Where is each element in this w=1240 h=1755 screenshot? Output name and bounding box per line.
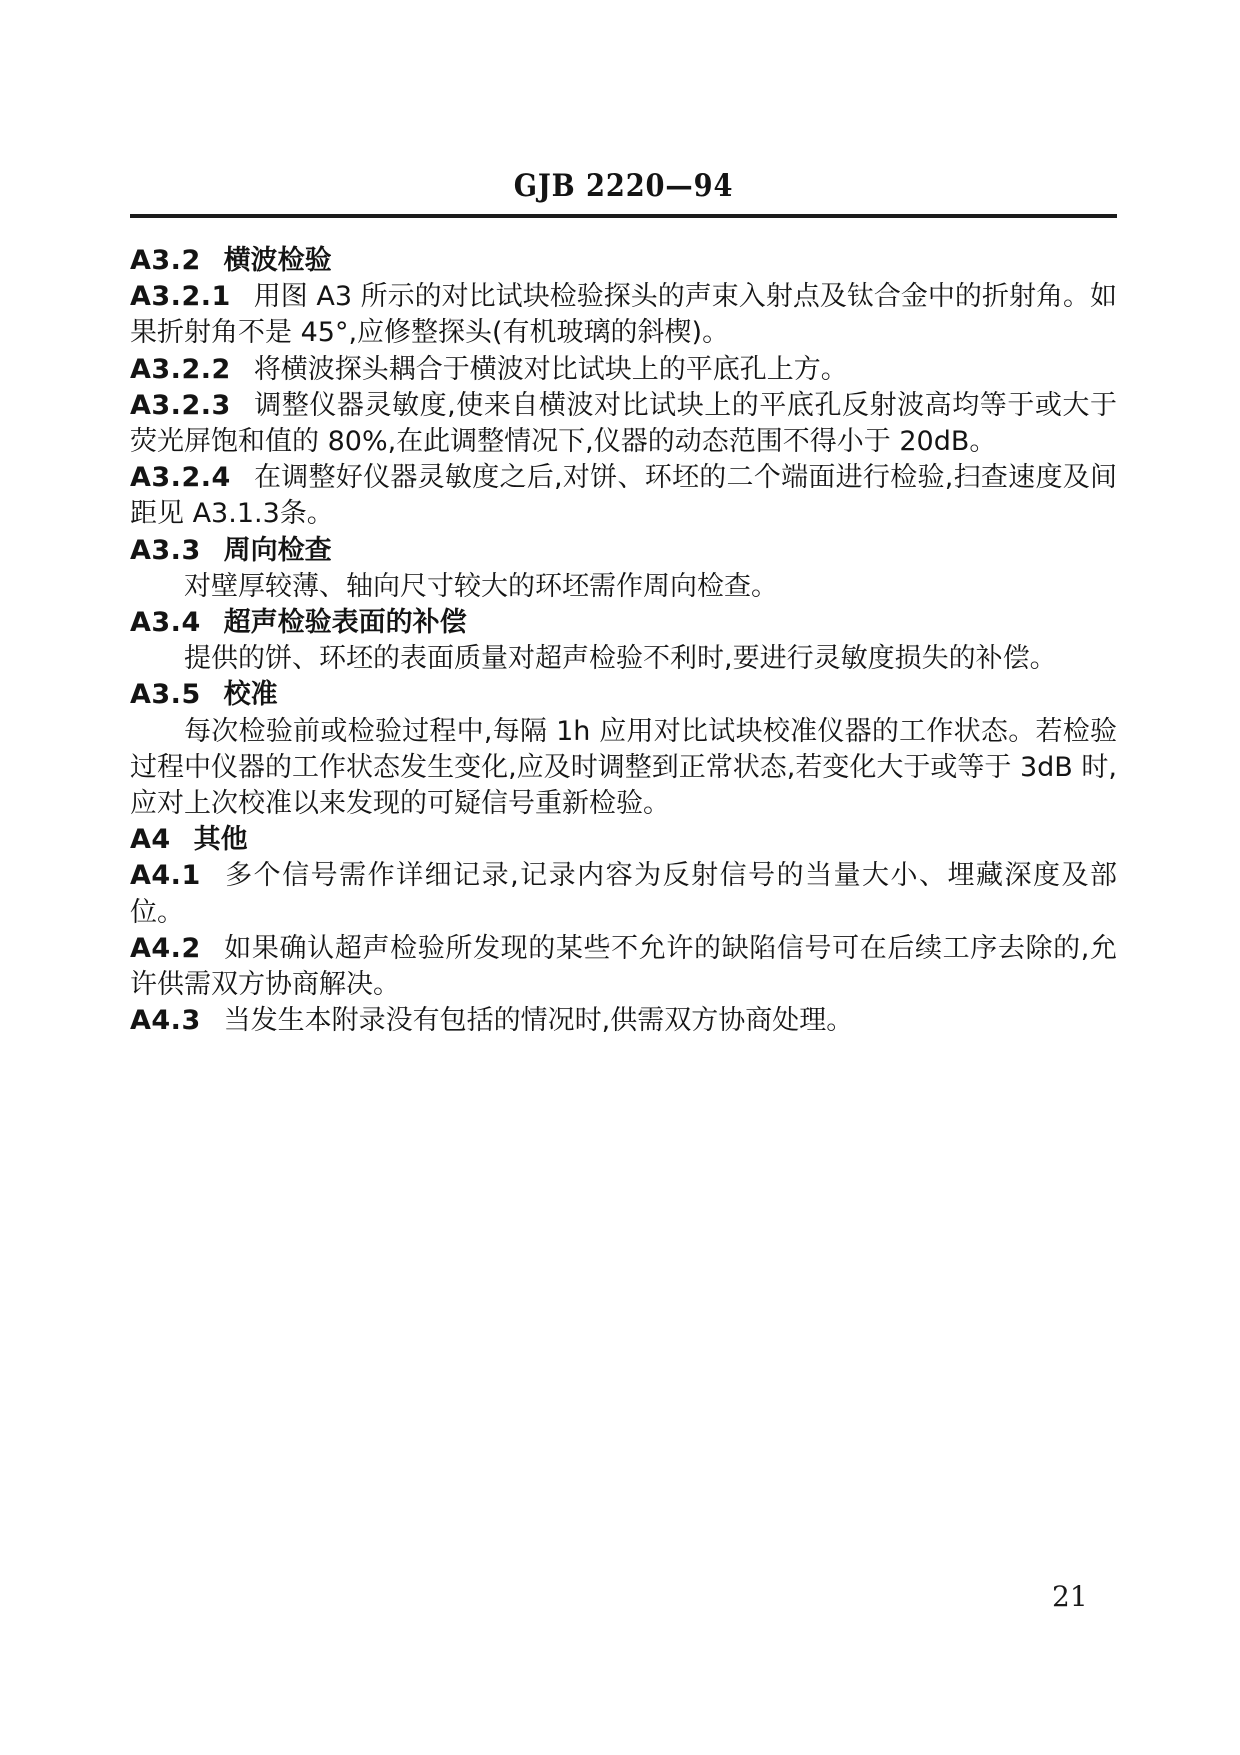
clause-text: 用图 A3 所示的对比试块检验探头的声束入射点及钛合金中的折射角。如果折射角不是… xyxy=(130,281,1117,348)
section-heading: A3.5校准 xyxy=(130,677,1117,713)
document-page: GJB 2220—94 A3.2横波检验 A3.2.1用图 A3 所示的对比试块… xyxy=(0,0,1240,1755)
clause-text: 横波检验 xyxy=(224,245,332,276)
clause-text: 对壁厚较薄、轴向尺寸较大的环坯需作周向检查。 xyxy=(184,571,778,602)
clause-label: A3.2.4 xyxy=(130,462,231,493)
clause-label: A4 xyxy=(130,824,171,855)
clause-text: 其他 xyxy=(194,824,248,855)
clause-text: 多个信号需作详细记录,记录内容为反射信号的当量大小、埋藏深度及部位。 xyxy=(130,860,1117,927)
body-paragraph: 每次检验前或检验过程中,每隔 1h 应用对比试块校准仪器的工作状态。若检验过程中… xyxy=(130,714,1117,823)
clause-label: A3.2.1 xyxy=(130,281,231,312)
clause-text: 调整仪器灵敏度,使来自横波对比试块上的平底孔反射波高均等于或大于荧光屏饱和值的 … xyxy=(130,390,1117,457)
document-body: A3.2横波检验 A3.2.1用图 A3 所示的对比试块检验探头的声束入射点及钛… xyxy=(130,243,1117,1039)
clause-text: 校准 xyxy=(224,679,278,710)
clause-text: 每次检验前或检验过程中,每隔 1h 应用对比试块校准仪器的工作状态。若检验过程中… xyxy=(130,716,1117,819)
clause-label: A3.2.3 xyxy=(130,390,231,421)
clause-label: A3.3 xyxy=(130,535,201,566)
page-number: 21 xyxy=(1052,1580,1088,1613)
clause-text: 提供的饼、环坯的表面质量对超声检验不利时,要进行灵敏度损失的补偿。 xyxy=(184,643,1057,674)
clause-paragraph: A3.2.4在调整好仪器灵敏度之后,对饼、环坯的二个端面进行检验,扫查速度及间距… xyxy=(130,460,1117,532)
clause-paragraph: A3.2.2将横波探头耦合于横波对比试块上的平底孔上方。 xyxy=(130,352,1117,388)
body-paragraph: 对壁厚较薄、轴向尺寸较大的环坯需作周向检查。 xyxy=(130,569,1117,605)
clause-label: A3.4 xyxy=(130,607,201,638)
body-paragraph: 提供的饼、环坯的表面质量对超声检验不利时,要进行灵敏度损失的补偿。 xyxy=(130,641,1117,677)
clause-paragraph: A4.1多个信号需作详细记录,记录内容为反射信号的当量大小、埋藏深度及部位。 xyxy=(130,858,1117,930)
clause-paragraph: A4.3当发生本附录没有包括的情况时,供需双方协商处理。 xyxy=(130,1003,1117,1039)
clause-text: 周向检查 xyxy=(224,535,332,566)
section-heading: A3.2横波检验 xyxy=(130,243,1117,279)
section-heading: A4其他 xyxy=(130,822,1117,858)
clause-label: A4.3 xyxy=(130,1005,201,1036)
clause-label: A4.2 xyxy=(130,933,201,964)
standard-number-header: GJB 2220—94 xyxy=(189,168,1058,204)
clause-text: 当发生本附录没有包括的情况时,供需双方协商处理。 xyxy=(224,1005,854,1036)
clause-paragraph: A3.2.1用图 A3 所示的对比试块检验探头的声束入射点及钛合金中的折射角。如… xyxy=(130,279,1117,351)
clause-text: 将横波探头耦合于横波对比试块上的平底孔上方。 xyxy=(254,354,848,385)
clause-label: A3.2 xyxy=(130,245,201,276)
clause-text: 在调整好仪器灵敏度之后,对饼、环坯的二个端面进行检验,扫查速度及间距见 A3.1… xyxy=(130,462,1117,529)
clause-label: A4.1 xyxy=(130,860,201,891)
clause-paragraph: A4.2如果确认超声检验所发现的某些不允许的缺陷信号可在后续工序去除的,允许供需… xyxy=(130,931,1117,1003)
clause-text: 如果确认超声检验所发现的某些不允许的缺陷信号可在后续工序去除的,允许供需双方协商… xyxy=(130,933,1117,1000)
clause-label: A3.5 xyxy=(130,679,201,710)
section-heading: A3.4超声检验表面的补偿 xyxy=(130,605,1117,641)
clause-paragraph: A3.2.3调整仪器灵敏度,使来自横波对比试块上的平底孔反射波高均等于或大于荧光… xyxy=(130,388,1117,460)
clause-text: 超声检验表面的补偿 xyxy=(224,607,467,638)
clause-label: A3.2.2 xyxy=(130,354,231,385)
section-heading: A3.3周向检查 xyxy=(130,533,1117,569)
header-rule-divider xyxy=(130,214,1117,218)
